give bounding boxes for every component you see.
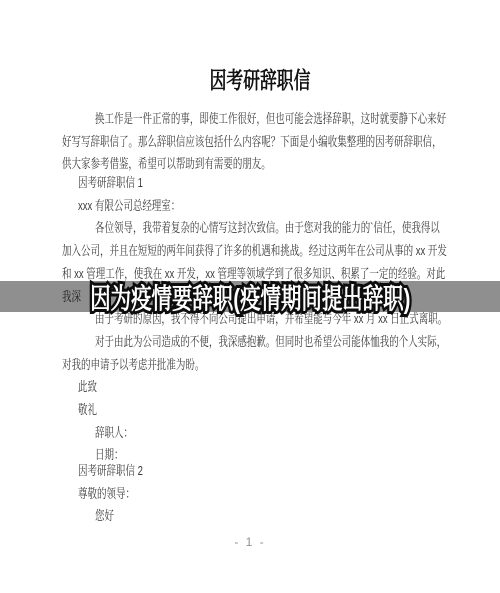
doc-line: 换工作是一件正常的事，即使工作很好，但也可能会选择辞职，这时就要静下心来好 (95, 108, 363, 131)
doc-line: 敬礼 (78, 399, 358, 422)
page-number: - 1 - (234, 535, 265, 549)
doc-line: 对于由此为公司造成的不便，我深感抱歉。但同时也希望公司能体恤我的个人实际， (95, 331, 363, 354)
document-lines: 换工作是一件正常的事，即使工作很好，但也可能会选择辞职，这时就要静下心来好好写写… (62, 108, 462, 528)
doc-line: 尊敬的领导： (78, 483, 358, 506)
watermark-title: 因为疫情要辞职(疫情期间提出辞职) (90, 277, 410, 317)
doc-line: 好写写辞职信了。那么辞职信应该包括什么内容呢？下面是小编收集整理的因考研辞职信， (62, 131, 354, 154)
doc-line: 加入公司，并且在短短的两年间获得了许多的机遇和挑战。经过这两年在公司从事的 xx… (62, 240, 354, 263)
doc-line: 因考研辞职信 1 (78, 172, 358, 195)
doc-line: 因考研辞职信 2 (78, 460, 358, 483)
watermark-banner: 因为疫情要辞职(疫情期间提出辞职) (0, 281, 500, 312)
page-number-footer: - 1 - (0, 535, 500, 549)
doc-line: 您好 (95, 505, 363, 528)
document-page: 因考研辞职信 换工作是一件正常的事，即使工作很好，但也可能会选择辞职，这时就要静… (0, 0, 500, 593)
page-title: 因考研辞职信 (210, 62, 311, 95)
doc-line: 此致 (78, 376, 358, 399)
doc-line: 对我的申请予以考虑并批准为盼。 (62, 354, 354, 377)
doc-line: 辞职人： (95, 422, 363, 445)
doc-line: xxx 有限公司总经理室： (78, 195, 358, 218)
doc-line: 各位领导，我带着复杂的心情写这封次致信。由于您对我的能力的`信任，使我得以 (95, 217, 363, 240)
page-title-row: 因考研辞职信 (0, 62, 500, 95)
